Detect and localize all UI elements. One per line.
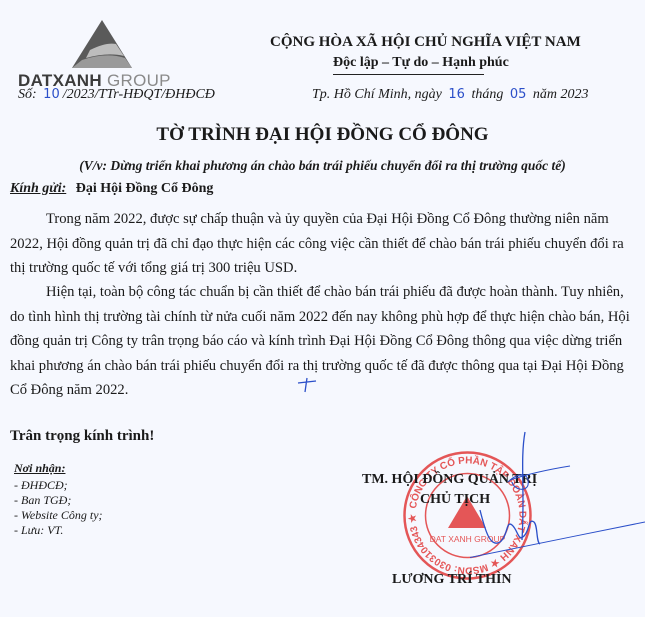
recipients-list: - ĐHĐCĐ; - Ban TGĐ; - Website Công ty; -… (14, 478, 103, 538)
document-subtitle: (V/v: Dừng triển khai phương án chào bán… (0, 158, 645, 174)
recipient-item: - ĐHĐCĐ; (14, 478, 103, 493)
month-label: tháng (471, 87, 503, 102)
signatory-name: LƯƠNG TRÍ THÌN (392, 572, 512, 588)
recipient-item: - Ban TGĐ; (14, 493, 103, 508)
handwritten-initial-mark-icon (296, 375, 318, 393)
date-day: 16 (445, 87, 468, 102)
doc-number-suffix: /2023/TTr-HĐQT/ĐHĐCĐ (63, 87, 215, 102)
paragraph-text: Trong năm 2022, được sự chấp thuận và ủy… (10, 211, 624, 276)
company-logo-icon (72, 20, 132, 68)
nation-heading: CỘNG HÒA XÃ HỘI CHỦ NGHĨA VIỆT NAM (270, 34, 581, 51)
motto-underline (333, 74, 484, 75)
document-number: Số: 10/2023/TTr-HĐQT/ĐHĐCĐ (18, 87, 215, 103)
place-text: Tp. Hồ Chí Minh, ngày (312, 87, 442, 102)
year-text: năm 2023 (533, 87, 589, 102)
body-paragraph-1: Trong năm 2022, được sự chấp thuận và ủy… (10, 207, 640, 281)
doc-number-prefix: Số: (18, 87, 37, 102)
date-month: 05 (507, 87, 530, 102)
handwritten-signature-icon (470, 430, 645, 590)
greeting: Kính gửi: Đại Hội Đồng Cổ Đông (10, 181, 213, 197)
place-date: Tp. Hồ Chí Minh, ngày 16 tháng 05 năm 20… (312, 87, 589, 103)
motto: Độc lập – Tự do – Hạnh phúc (333, 55, 509, 71)
paragraph-text: Hiện tại, toàn bộ công tác chuẩn bị cần … (10, 284, 630, 398)
recipient-item: - Lưu: VT. (14, 523, 103, 538)
greeting-label: Kính gửi: (10, 181, 66, 196)
recipient-item: - Website Công ty; (14, 508, 103, 523)
recipients-label: Nơi nhận: (14, 461, 65, 476)
greeting-recipient: Đại Hội Đồng Cổ Đông (76, 181, 214, 196)
document-title: TỜ TRÌNH ĐẠI HỘI ĐỒNG CỔ ĐÔNG (0, 124, 645, 146)
body-paragraph-2: Hiện tại, toàn bộ công tác chuẩn bị cần … (10, 280, 640, 403)
closing-text: Trân trọng kính trình! (10, 428, 154, 445)
doc-number-handwritten: 10 (40, 87, 63, 102)
